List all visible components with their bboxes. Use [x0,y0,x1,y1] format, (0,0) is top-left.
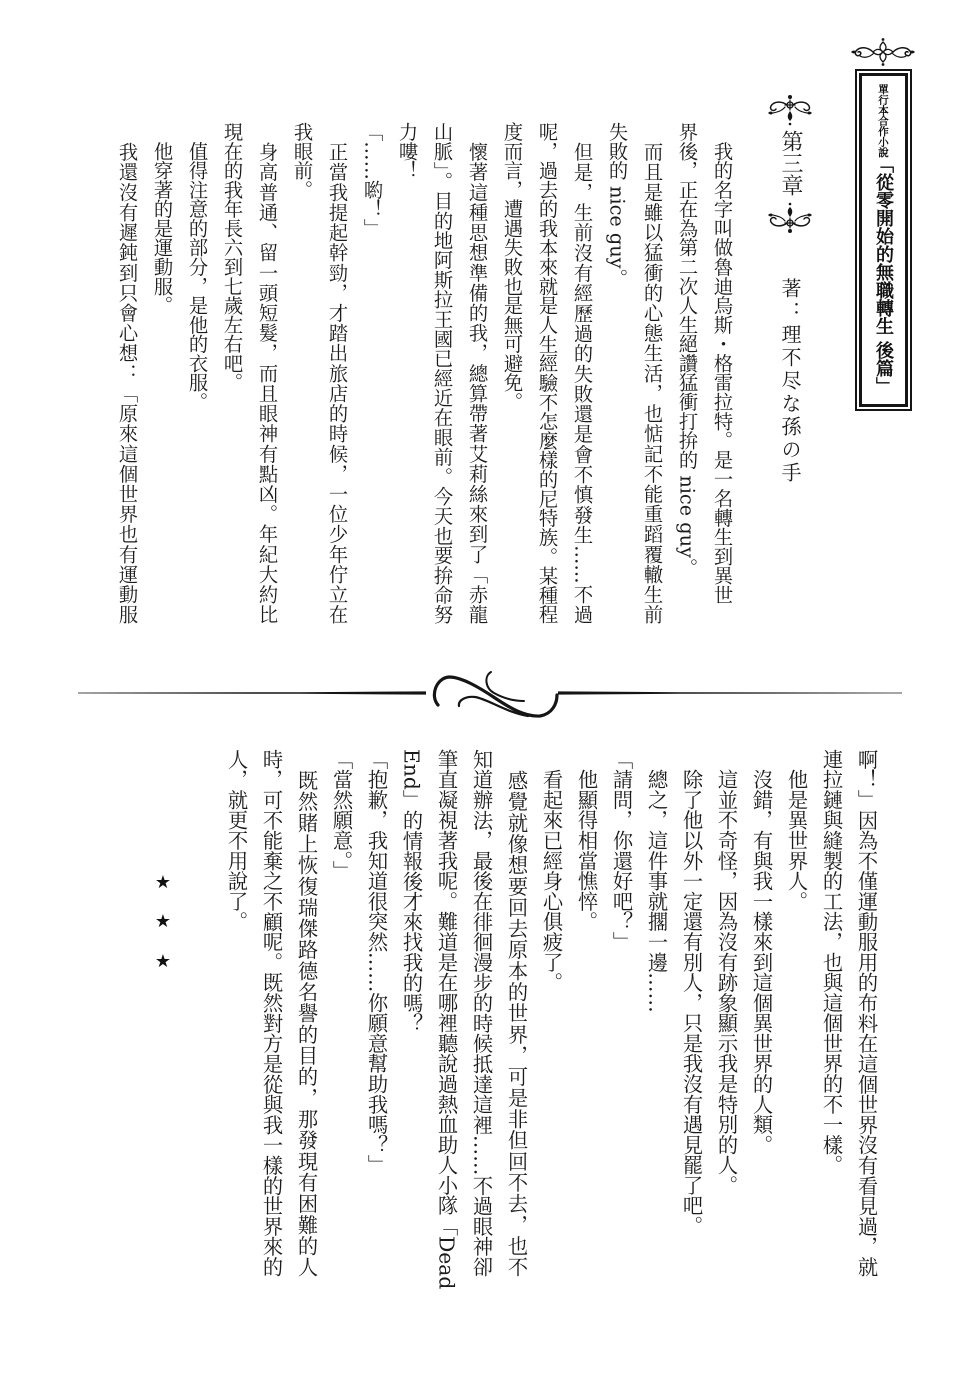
star-icon: ★ [153,873,173,893]
body-column: 身高普通、留一頭短髮，而且眼神有點凶。年紀大約比 [250,122,285,624]
dialogue-column: 「……喲！」 [355,122,390,624]
body-column: 現在的我年長六到七歲左右吧。 [215,122,250,624]
body-column: 他顯得相當憔悴。 [569,749,604,1277]
body-column: 而且是雖以猛衝的心態生活，也惦記不能重蹈覆轍生前 [635,122,670,624]
body-column: 界後，正在為第二次人生絕讚猛衝打拚的 nice guy。 [670,122,705,624]
body-column: 時，可不能棄之不顧呢。既然對方是從與我一樣的世界來的 [254,749,289,1277]
body-column: 但是，生前沒有經歷過的失敗還是會不慎發生……不過 [565,122,600,624]
series-label: 單行本合作小說 [873,84,893,158]
body-column: 人，就更不用說了。 [219,749,254,1277]
body-column: 筆直凝視著我呢。難道是在哪裡聽說過熱血助人小隊「Dead [429,749,464,1277]
body-column: 知道辦法，最後在徘徊漫步的時候抵達這裡……不過眼神卻 [464,749,499,1277]
body-column: End」的情報後才來找我的嗎？ [394,749,429,1277]
chapter-title: 第三章 [770,130,810,196]
body-column: 既然賭上恢復瑞傑路德名譽的目的，那發現有困難的人 [289,749,324,1277]
body-column: 我的名字叫做魯迪烏斯・格雷拉特。是一名轉生到異世 [705,122,740,624]
body-column: 他是異世界人。 [779,749,814,1277]
body-column: 看起來已經身心俱疲了。 [534,749,569,1277]
body-column: 連拉鏈與縫製的工法，也與這個世界的不一樣。 [814,749,849,1277]
chapter-ornament-top-icon [766,93,814,127]
body-column: 沒錯，有與我一樣來到這個異世界的人類。 [744,749,779,1277]
dialogue-column: 「請問，你還好吧？」 [604,749,639,1277]
body-column: 感覺就像想要回去原本的世界，可是非但回不去，也不 [499,749,534,1277]
body-column: 除了他以外一定還有別人，只是我沒有遇見罷了吧。 [674,749,709,1277]
body-column: 總之，這件事就擱一邊…… [639,749,674,1277]
body-column: 山脈」。目的地阿斯拉王國已經近在眼前。今天也要拚命努 [425,122,460,624]
section-divider-flourish-icon [0,660,980,730]
body-column: 懷著這種思想準備的我，總算帶著艾莉絲來到了「赤龍 [460,122,495,624]
body-column: 我還沒有遲鈍到只會心想：「原來這個世界也有運動服 [110,122,145,624]
title-ornament-icon [850,36,916,68]
body-column: 啊！」因為不僅運動服用的布料在這個世界沒有看見過，就 [849,749,884,1277]
author-credit: 著：理不尽な孫の手 [770,278,810,485]
body-column: 失敗的 nice guy。 [600,122,635,624]
body-column: 值得注意的部分，是他的衣服。 [180,122,215,624]
novel-page: 單行本合作小說 「從零開始的無職轉生 後篇」 第三章 著：理不尽な孫の手 我的名… [0,0,980,1389]
body-column: 我眼前。 [285,122,320,624]
body-column: 正當我提起幹勁，才踏出旅店的時候，一位少年佇立在 [320,122,355,624]
body-column: 他穿著的是運動服。 [145,122,180,624]
star-icon: ★ [153,952,173,972]
body-column: 呢，過去的我本來就是人生經驗不怎麼樣的尼特族。某種程 [530,122,565,624]
star-icon: ★ [153,912,173,932]
body-column: 這並不奇怪，因為沒有跡象顯示我是特別的人。 [709,749,744,1277]
body-column: 力嘍！ [390,122,425,624]
chapter-ornament-bottom-icon [766,201,814,235]
body-column: 度而言，遭遇失敗也是無可避免。 [495,122,530,624]
novel-title: 「從零開始的無職轉生 後篇」 [868,155,898,395]
dialogue-column: 「抱歉，我知道很突然……你願意幫助我嗎？」 [359,749,394,1277]
dialogue-column: 「當然願意。」 [324,749,359,1277]
